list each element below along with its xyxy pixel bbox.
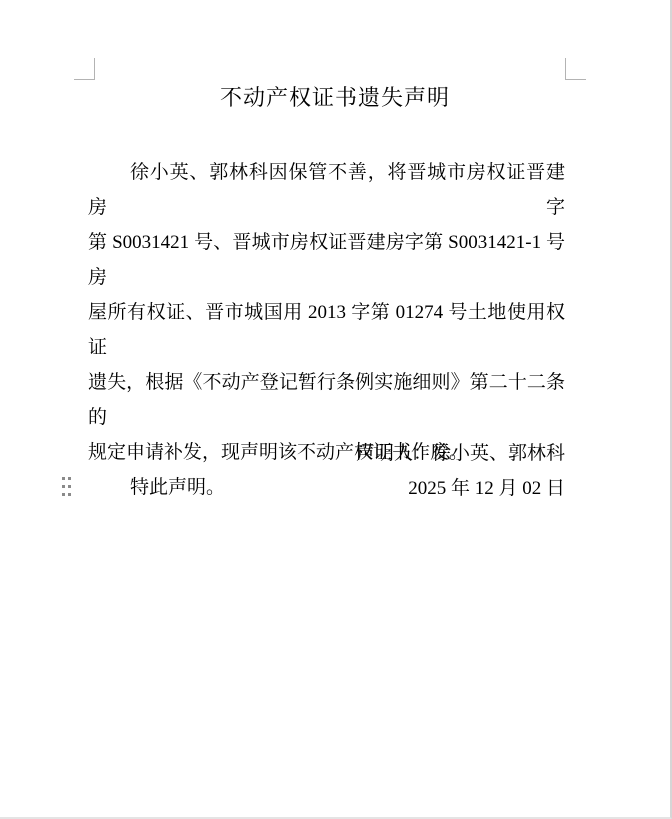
margin-mark-top-left-icon — [74, 58, 95, 80]
body-line-3[interactable]: 屋所有权证、晋市城国用 2013 字第 01274 号土地使用权证 — [88, 295, 565, 365]
date-line[interactable]: 2025 年 12 月 02 日 — [88, 471, 565, 506]
body-line-1[interactable]: 徐小英、郭林科因保管不善，将晋城市房权证晋建房字 — [88, 155, 565, 225]
drag-handle-icon[interactable] — [60, 475, 73, 498]
body-line-2[interactable]: 第 S0031421 号、晋城市房权证晋建房字第 S0031421-1 号房 — [88, 225, 565, 295]
body-line-4[interactable]: 遗失，根据《不动产登记暂行条例实施细则》第二十二条的 — [88, 365, 565, 435]
signature-block: 声明人：徐小英、郭林科 2025 年 12 月 02 日 — [88, 436, 565, 506]
drag-handle-dot — [62, 493, 65, 496]
drag-handle-dot — [62, 485, 65, 488]
drag-handle-dot — [68, 485, 71, 488]
drag-handle-dot — [68, 477, 71, 480]
document-title[interactable]: 不动产权证书遗失声明 — [0, 80, 670, 115]
document-page[interactable]: 不动产权证书遗失声明 徐小英、郭林科因保管不善，将晋城市房权证晋建房字 第 S0… — [0, 0, 672, 819]
drag-handle-dot — [68, 493, 71, 496]
signer-line[interactable]: 声明人：徐小英、郭林科 — [88, 436, 565, 471]
margin-mark-top-right-icon — [565, 58, 586, 80]
drag-handle-dot — [62, 477, 65, 480]
